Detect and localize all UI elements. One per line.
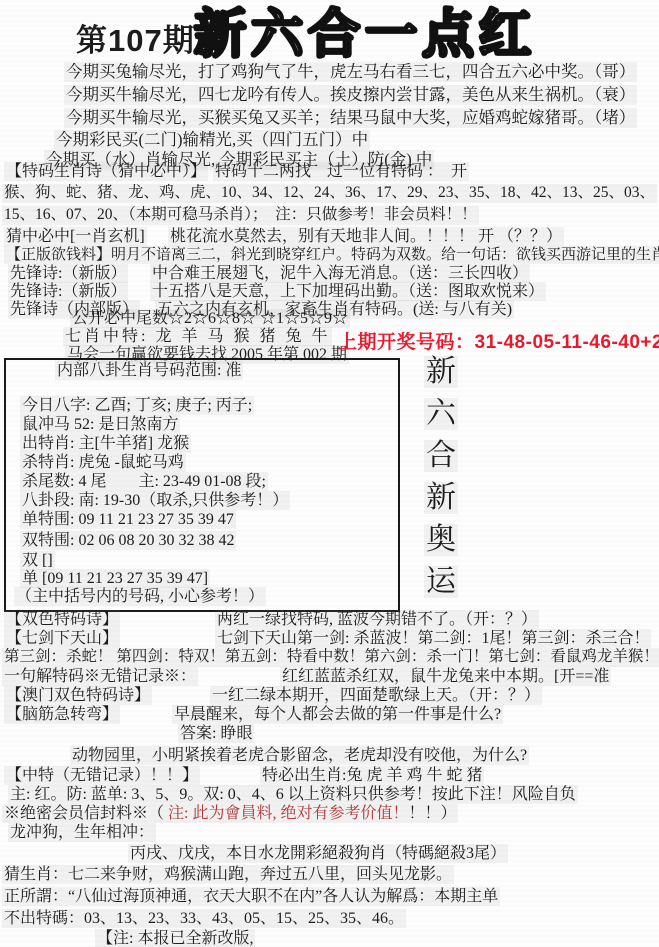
member-note-line: ※绝密会员信封料※（ 注: 此为會員料, 绝对有参考价值！！！） [2, 804, 458, 823]
vertical-banner: 新 六 合 新 奥 运 [424, 356, 458, 598]
macau-poem-label: 【澳门双色特码诗】 [4, 686, 152, 705]
member-note-suffix: ！！） [408, 805, 456, 822]
footer-note: 【注: 本报已全新改版, [95, 929, 255, 947]
bagua-row-segment: 八卦段: 南: 19-30（取杀,只供参考！） [20, 491, 290, 510]
lottery-tip-sheet: 第107期 新六合一点红 今期买兔输尽光，打了鸡狗气了牛，虎左马右看三七，四合五… [0, 0, 659, 947]
seven-swords-line-1: 七剑下天山第一剑: 杀蓝波！第二剑：1尾！第三剑：杀三合！ [215, 629, 651, 648]
last-draw-label: 上期开奖号码： [338, 332, 475, 353]
banner-char-4: 新 [424, 482, 458, 514]
one-zodiac-text: 桃花流水莫然去，别有天地非人间。！！！ 开 （？？） [168, 227, 564, 246]
one-zodiac-label: 猜中必中[一肖玄机] [4, 227, 147, 246]
special-zodiac-numbers-1: 猴、狗、蛇、猪、龙、鸡、虎、10、34、12、24、36、17、29、23、35… [2, 184, 657, 203]
bagua-row-kill-zodiac: 杀特肖: 虎兔 -鼠蛇马鸡 [20, 453, 186, 472]
saying-line: 正所謂：“八仙过海顶神通，衣天大职不在内”各人认为解爲：本期主单 [2, 887, 500, 906]
banner-char-5: 奥 [424, 524, 458, 556]
pioneer-poem-1-text: 中合难王展翅飞，泥牛入海无消息。（送：三长四收） [150, 264, 530, 283]
banner-char-1: 新 [424, 356, 458, 388]
money-clue-line: 【正版欲钱料】明月不谙离三二，斜光到晓穿红户。特码为双数。给一句话：欲钱买西游记… [4, 246, 659, 264]
member-note-highlight: 注: 此为會員料, 绝对有参考价值！ [168, 805, 408, 822]
bagua-row-kill-tail: 杀尾数: 4 尾 主: 23-49 01-08 段; [20, 472, 268, 491]
bagua-box-title: 内部八卦生肖号码范围: 准 [55, 361, 243, 380]
bagua-row-bazi: 今日八字: 乙酉; 丁亥; 庚子; 丙子; [20, 396, 254, 415]
riddle-question-2: 动物园里，小明紧挨着老虎合影留念，老虎却没有咬他，为什么? [70, 746, 529, 765]
guess-zodiac-line: 猜生肖：七二来争财，鸡猴满山跑，奔过五八里，回头见龙影。 [2, 865, 454, 884]
seven-swords-label: 【七剑下天山】 [4, 629, 120, 648]
pioneer-poem-2-label: 先锋诗:（新版） [8, 282, 128, 301]
verse-line-3: 今期买牛输尽光，买猴买兔又买羊；结果马鼠中大奖，应婚鸡蛇嫁猪哥。（堵） [64, 108, 637, 128]
last-draw-result: 上期开奖号码：31-48-05-11-46-40+22 [336, 332, 659, 355]
special-zodiac-numbers-2: 15、16、07、20、（本期可稳马杀肖）； 注：只做参考！非会员料！！ [2, 206, 479, 225]
riddle-question-1: 早晨醒来，每个人都会去做的第一件事是什么? [172, 705, 503, 724]
seven-swords-line-2: 第三剑：杀蛇！ 第四剑：特双！第五剑：特看中数！第六剑：杀一门！第七剑：看鼠鸡龙… [2, 648, 659, 667]
excluded-numbers-line: 不出特碼：03、13、23、33、43、05、15、25、35、46。 [2, 909, 406, 928]
pioneer-poem-1-label: 先锋诗:（新版） [8, 264, 128, 283]
verse-line-1: 今期买兔输尽光，打了鸡狗气了牛，虎左马右看三七，四合五六必中奖。（哥） [64, 62, 637, 82]
bagua-row-out-zodiac: 出特肖: 主[牛羊猪] 龙猴 [20, 434, 191, 453]
two-color-poem-text: 两红一绿找特码, 蓝波今期错不了。（开：？） [215, 610, 539, 629]
bagua-row-clash: 鼠冲马 52: 是日煞南方 [20, 415, 180, 434]
page-title: 新六合一点红 [192, 4, 538, 66]
banner-char-3: 合 [424, 440, 458, 472]
seven-zodiac-line: 七肖中特: 龙 羊 马 猴 猪 兔 牛 [63, 327, 332, 346]
special-zodiac-label: 【特码生肖诗（猜中必中）】 [4, 162, 208, 181]
banner-char-6: 运 [424, 566, 458, 598]
member-note-prefix: ※绝密会员信封料※（ [4, 805, 168, 822]
riddle-label: 【脑筋急转弯】 [4, 705, 120, 724]
two-color-poem-label: 【双色特码诗】 [4, 610, 120, 629]
banner-char-2: 六 [424, 398, 458, 430]
pioneer-poem-2-text: 十五搭八是天意，上下加埋码出勤。（送：图取欢悦来） [150, 282, 546, 301]
bagua-row-odd-pick: 单 [09 11 21 23 27 35 39 47] [20, 569, 210, 588]
last-draw-numbers: 31-48-05-11-46-40+22 [475, 332, 659, 353]
bagua-row-even-pick: 双 [] [20, 551, 55, 570]
bagua-row-caution: （主中括号内的号码, 小心参考！） [14, 587, 266, 606]
special-zodiac-hint: 特码十二两找 过一位有特码 ： 开 [213, 162, 469, 181]
lucky-tails-line: 公开必中尾数☆2☆6☆8☆ ☆1☆5☆9☆ [70, 309, 350, 328]
verse-line-4: 今期彩民买(二门)输精光,买（四门五门）中 [54, 130, 370, 150]
verse-line-2: 今期买牛输尽光，四七龙吟有传人。挨皮擦内尝甘露，美色从来生祸机。（衰） [64, 85, 637, 105]
riddle-answer-1: 答案: 睁眼 [178, 724, 254, 743]
solve-code-text: 红红蓝蓝杀红双，鼠牛龙兔来中本期。[开==准 [280, 667, 611, 686]
macau-poem-text: 一红二绿本期开，四面楚歌绿上天。（开：？） [210, 686, 542, 705]
bagua-row-even-range: 双特围: 02 06 08 20 30 32 38 42 [20, 531, 236, 550]
issue-number: 第107期 [74, 22, 197, 59]
bagua-row-odd-range: 单特围: 09 11 21 23 27 35 39 47 [20, 510, 236, 529]
zhongte-label: 【中特（无错记录）！！】 [4, 766, 200, 785]
clash-line-1: 龙冲狗，生年相冲： [8, 823, 156, 842]
zhongte-zodiacs: 特必出生肖:兔 虎 羊 鸡 牛 蛇 猪 [260, 766, 484, 785]
clash-line-2: 丙戌、戊戌，本日水龙開彩絕殺狗肖（特碼絕殺3尾） [128, 844, 508, 863]
zhongte-advice: 主: 红。防: 蓝单: 3、5、9。双: 0、4、6 以上资料只供参考！按此下注… [8, 785, 578, 804]
solve-code-label: 一句解特码※无错记录※： [2, 667, 198, 686]
